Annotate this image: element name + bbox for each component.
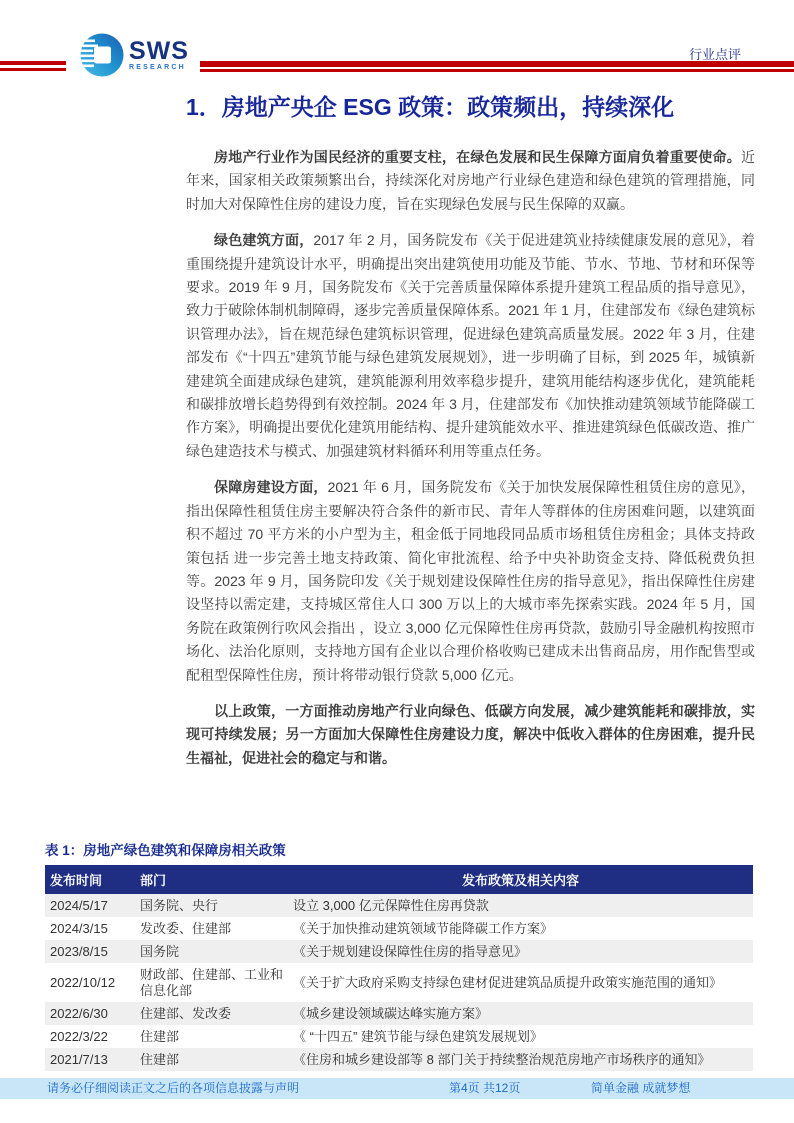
header-rule-left [0, 61, 66, 71]
table-cell: 2024/5/17 [45, 894, 135, 917]
table-cell: 2024/3/15 [45, 917, 135, 940]
paragraph-green-building: 绿色建筑方面，2017 年 2 月，国务院发布《关于促进建筑业持续健康发展的意见… [186, 229, 755, 463]
paragraph-text: 2021 年 6 月，国务院发布《关于加快发展保障性租赁住房的意见》，指出保障性… [186, 479, 755, 682]
table-cell: 2022/10/12 [45, 963, 135, 1002]
table-column-header: 部门 [135, 865, 288, 894]
paragraph-summary: 以上政策，一方面推动房地产行业向绿色、低碳方向发展，减少建筑能耗和碳排放，实现可… [186, 700, 755, 770]
table-row: 2022/10/12财政部、住建部、工业和信息化部《关于扩大政府采购支持绿色建材… [45, 963, 753, 1002]
table-row: 2024/3/15发改委、住建部《关于加快推动建筑领域节能降碳工作方案》 [45, 917, 753, 940]
table-cell: 《关于规划建设保障性住房的指导意见》 [288, 940, 753, 963]
red-bar [200, 69, 794, 72]
table-row: 2024/5/17国务院、央行设立 3,000 亿元保障性住房再贷款 [45, 894, 753, 917]
section-title: 1．房地产央企 ESG 政策：政策频出，持续深化 [186, 91, 761, 123]
sws-globe-icon [80, 33, 124, 77]
table-cell: 2023/8/15 [45, 940, 135, 963]
brand-subtitle: RESEARCH [129, 64, 189, 71]
policy-table: 发布时间部门发布政策及相关内容 2024/5/17国务院、央行设立 3,000 … [45, 865, 753, 1071]
table-cell: 国务院 [135, 940, 288, 963]
red-bar [200, 61, 794, 67]
table-row: 2022/6/30住建部、发改委《城乡建设领域碳达峰实施方案》 [45, 1002, 753, 1025]
table-cell: 发改委、住建部 [135, 917, 288, 940]
table-cell: 住建部 [135, 1025, 288, 1048]
table-cell: 《关于加快推动建筑领域节能降碳工作方案》 [288, 917, 753, 940]
report-page: SWS RESEARCH 行业点评 1．房地产央企 ESG 政策：政策频出，持续… [0, 0, 794, 1123]
table-cell: 《关于扩大政府采购支持绿色建材促进建筑品质提升政策实施范围的通知》 [288, 963, 753, 1002]
article-body: 房地产行业作为国民经济的重要支柱，在绿色发展和民生保障方面肩负着重要使命。近年来… [186, 146, 755, 783]
sws-logo-text: SWS RESEARCH [129, 39, 189, 71]
sws-logo: SWS RESEARCH [80, 33, 189, 77]
table-row: 2023/8/15国务院《关于规划建设保障性住房的指导意见》 [45, 940, 753, 963]
table-cell: 设立 3,000 亿元保障性住房再贷款 [288, 894, 753, 917]
red-bar [0, 68, 66, 71]
table-cell: 住建部 [135, 1048, 288, 1071]
table-column-header: 发布政策及相关内容 [288, 865, 753, 894]
paragraph-lead: 保障房建设方面， [214, 479, 328, 495]
table-cell: 2021/7/13 [45, 1048, 135, 1071]
policy-table-block: 表 1：房地产绿色建筑和保障房相关政策 发布时间部门发布政策及相关内容 2024… [45, 839, 753, 1071]
header-rule-right [200, 61, 794, 72]
table-cell: 2022/3/22 [45, 1025, 135, 1048]
table-cell: 《住房和城乡建设部等 8 部门关于持续整治规范房地产市场秩序的通知》 [288, 1048, 753, 1071]
red-bar [0, 61, 66, 65]
table-cell: 国务院、央行 [135, 894, 288, 917]
table-title: 表 1：房地产绿色建筑和保障房相关政策 [45, 839, 753, 859]
brand-name: SWS [129, 39, 189, 63]
footer-disclaimer: 请务必仔细阅读正文之后的各项信息披露与声明 [47, 1078, 299, 1099]
paragraph-text: 2017 年 2 月，国务院发布《关于促进建筑业持续健康发展的意见》，着重围绕提… [186, 232, 755, 459]
table-cell: 《城乡建设领域碳达峰实施方案》 [288, 1002, 753, 1025]
table-cell: 住建部、发改委 [135, 1002, 288, 1025]
paragraph-lead: 以上政策，一方面推动房地产行业向绿色、低碳方向发展，减少建筑能耗和碳排放，实现可… [186, 703, 755, 766]
footer-slogan: 简单金融 成就梦想 [591, 1078, 690, 1099]
table-row: 2022/3/22住建部《 “十四五” 建筑节能与绿色建筑发展规划》 [45, 1025, 753, 1048]
paragraph-affordable-housing: 保障房建设方面，2021 年 6 月，国务院发布《关于加快发展保障性租赁住房的意… [186, 476, 755, 687]
table-column-header: 发布时间 [45, 865, 135, 894]
table-header-row: 发布时间部门发布政策及相关内容 [45, 865, 753, 894]
paragraph-overview: 房地产行业作为国民经济的重要支柱，在绿色发展和民生保障方面肩负着重要使命。近年来… [186, 146, 755, 216]
footer-bar: 请务必仔细阅读正文之后的各项信息披露与声明 第4页 共12页 简单金融 成就梦想 [0, 1078, 794, 1099]
table-cell: 2022/6/30 [45, 1002, 135, 1025]
paragraph-lead: 绿色建筑方面， [214, 232, 313, 248]
table-cell: 《 “十四五” 建筑节能与绿色建筑发展规划》 [288, 1025, 753, 1048]
paragraph-lead: 房地产行业作为国民经济的重要支柱，在绿色发展和民生保障方面肩负着重要使命。 [214, 149, 741, 165]
table-row: 2021/7/13住建部《住房和城乡建设部等 8 部门关于持续整治规范房地产市场… [45, 1048, 753, 1071]
footer-page-indicator: 第4页 共12页 [449, 1078, 520, 1099]
table-cell: 财政部、住建部、工业和信息化部 [135, 963, 288, 1002]
